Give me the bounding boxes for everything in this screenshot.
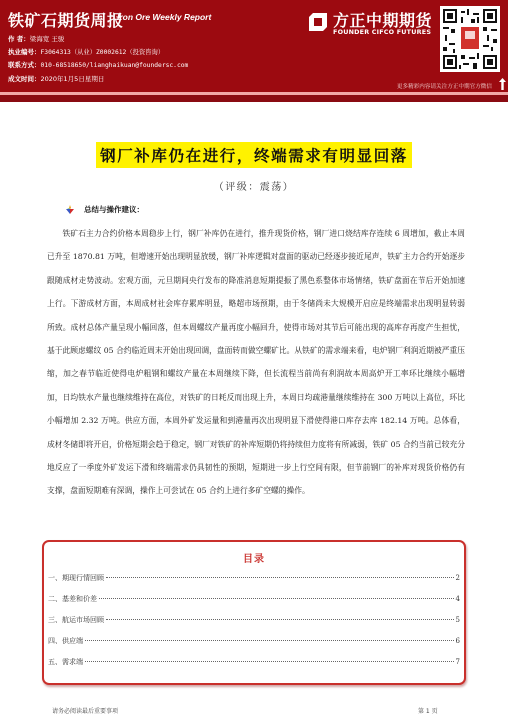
contact-label: 联系方式：	[8, 61, 41, 69]
wechat-qr-code	[440, 6, 500, 72]
author-line: 作 者：梁海宽 王骏	[8, 34, 64, 43]
license-line: 执业编号：F3064313（从业）Z0002612（投资咨询）	[8, 47, 164, 56]
header-divider-dark	[0, 95, 508, 102]
toc-item-label: 四、供应端	[48, 636, 83, 646]
colored-bullet-icon	[66, 205, 74, 214]
date-line: 成文时间：2020年1月5日星期日	[8, 74, 104, 83]
toc-item-label: 五、需求端	[48, 657, 83, 667]
toc-item-page: 5	[456, 616, 460, 624]
toc-item-page: 6	[456, 637, 460, 645]
toc-item-basis-spread[interactable]: 二、基差和价差 4	[48, 594, 460, 615]
arrow-up-icon	[499, 78, 506, 90]
toc-leader-dots	[99, 598, 454, 599]
date-value: 2020年1月5日星期日	[41, 75, 105, 83]
toc-item-page: 4	[456, 595, 460, 603]
contact-value[interactable]: 010-68518650/lianghaikuan@foundersc.com	[41, 62, 189, 69]
report-title: 钢厂补库仍在进行，终端需求有明显回落	[96, 142, 412, 168]
follow-wechat-text: 更多精彩内容请关注方正中期官方微信	[397, 82, 492, 90]
toc-item-label: 一、期现行情回顾	[48, 573, 104, 583]
toc-list: 一、期现行情回顾 2 二、基差和价差 4 三、航运市场回顾 5 四、供应端 6 …	[48, 573, 460, 678]
toc-item-page: 7	[456, 658, 460, 666]
summary-label: 总结与操作建议：	[84, 204, 144, 215]
toc-item-page: 2	[456, 574, 460, 582]
table-of-contents: 目录 一、期现行情回顾 2 二、基差和价差 4 三、航运市场回顾 5 四、供应端…	[42, 540, 466, 685]
toc-item-market-review[interactable]: 一、期现行情回顾 2	[48, 573, 460, 594]
toc-leader-dots	[106, 577, 454, 578]
toc-title: 目录	[44, 550, 464, 565]
toc-leader-dots	[85, 661, 454, 662]
company-name-en: FOUNDER CIFCO FUTURES	[333, 28, 431, 36]
toc-item-label: 三、航运市场回顾	[48, 615, 104, 625]
summary-paragraph: 铁矿石主力合约价格本周稳步上行，钢厂补库仍在进行，推升现货价格，钢厂进口烧结库存…	[47, 222, 465, 503]
founder-logo-icon	[307, 11, 329, 33]
toc-item-supply[interactable]: 四、供应端 6	[48, 636, 460, 657]
company-logo: 方正中期期货 FOUNDER CIFCO FUTURES	[307, 8, 437, 38]
footer-page-number: 第 1 页	[418, 706, 438, 715]
author-value: 梁海宽 王骏	[30, 35, 65, 43]
toc-item-shipping-review[interactable]: 三、航运市场回顾 5	[48, 615, 460, 636]
date-label: 成文时间：	[8, 75, 41, 83]
toc-item-label: 二、基差和价差	[48, 594, 97, 604]
author-label: 作 者：	[8, 35, 30, 43]
footer-notice: 请务必阅读最后重要事项	[52, 706, 118, 715]
report-series-title: 铁矿石期货周报	[8, 8, 124, 31]
report-header: 铁矿石期货周报 Iron Ore Weekly Report 作 者：梁海宽 王…	[0, 0, 508, 92]
report-title-wrap: 钢厂补库仍在进行，终端需求有明显回落	[0, 142, 508, 168]
summary-heading: 总结与操作建议：	[66, 204, 144, 215]
report-series-subtitle: Iron Ore Weekly Report	[117, 12, 211, 22]
rating-label: （评级：震荡）	[0, 178, 508, 193]
license-label: 执业编号：	[8, 48, 41, 56]
toc-leader-dots	[106, 619, 454, 620]
toc-item-demand[interactable]: 五、需求端 7	[48, 657, 460, 678]
contact-line: 联系方式：010-68518650/lianghaikuan@foundersc…	[8, 60, 188, 69]
toc-leader-dots	[85, 640, 454, 641]
license-value: F3064313（从业）Z0002612（投资咨询）	[41, 49, 165, 56]
qr-code-icon	[443, 9, 497, 69]
